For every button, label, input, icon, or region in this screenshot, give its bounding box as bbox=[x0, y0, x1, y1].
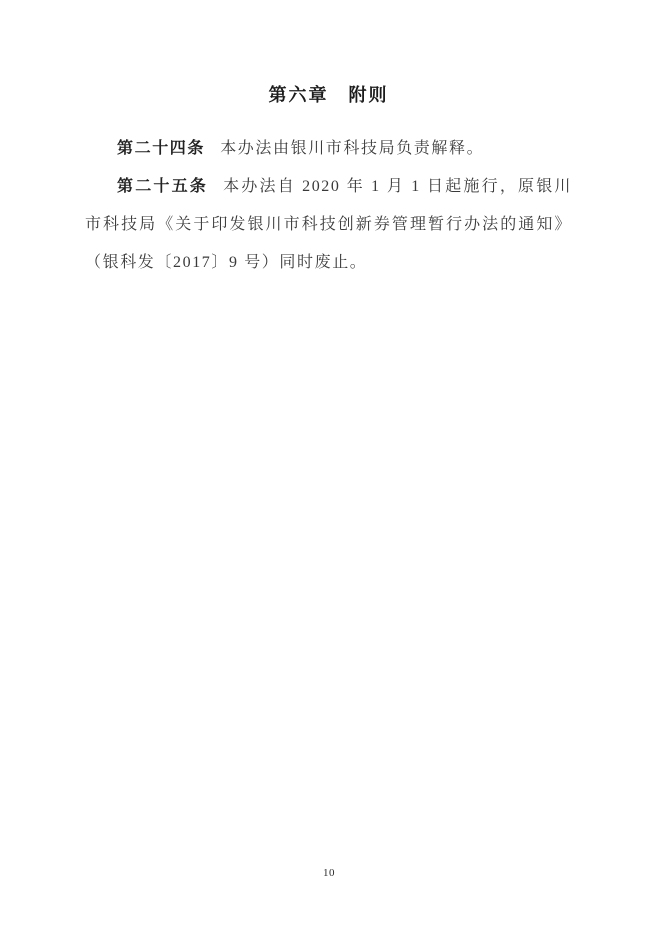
article-24-lead: 第二十四条 bbox=[117, 140, 205, 157]
paragraph-article-25: 第二十五条本办法自 2020 年 1 月 1 日起施行，原银川市科技局《关于印发… bbox=[85, 168, 572, 282]
page-content: 第六章 附则 第二十四条本办法由银川市科技局负责解释。 第二十五条本办法自 20… bbox=[85, 82, 572, 282]
document-page: 第六章 附则 第二十四条本办法由银川市科技局负责解释。 第二十五条本办法自 20… bbox=[0, 0, 658, 940]
chapter-heading: 第六章 附则 bbox=[85, 82, 572, 109]
article-24-text: 本办法由银川市科技局负责解释。 bbox=[220, 140, 484, 157]
paragraph-article-24: 第二十四条本办法由银川市科技局负责解释。 bbox=[85, 130, 572, 168]
article-25-lead: 第二十五条 bbox=[117, 178, 208, 195]
page-number: 10 bbox=[0, 867, 658, 879]
